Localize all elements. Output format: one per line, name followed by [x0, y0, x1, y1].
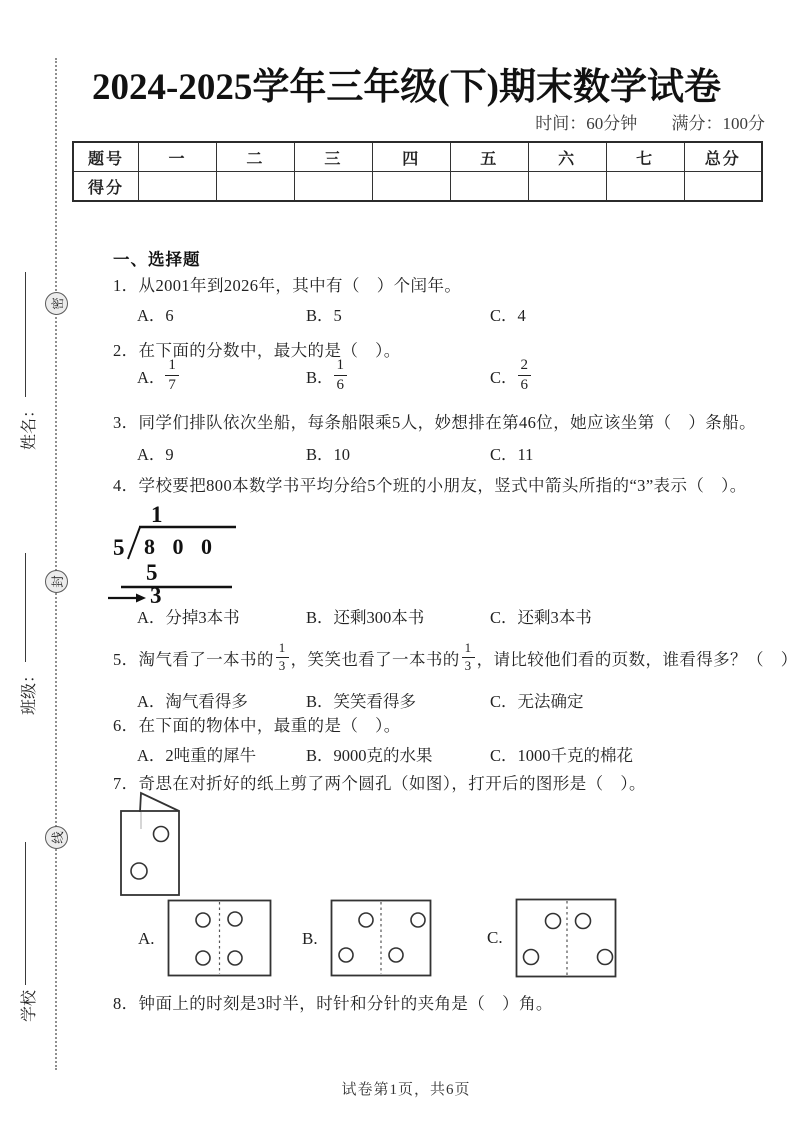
question-7-option-b-figure	[330, 899, 432, 977]
question-5-text-part: ，笑笑也看了一本书的	[291, 646, 460, 670]
folded-paper-flap	[140, 793, 179, 812]
fraction-denominator: 6	[521, 376, 529, 393]
question-5-option-c: C．无法确定	[490, 688, 584, 712]
fraction-1-6: 1 6	[334, 358, 348, 394]
question-4-option-c: C．还剩3本书	[490, 604, 592, 628]
score-table-column: 五	[450, 142, 528, 172]
fraction-1-3: 1 3	[276, 641, 289, 672]
folded-paper-figure	[113, 789, 185, 899]
seal-mark-xian-char: 线	[48, 831, 66, 844]
question-1-option-c: C．4	[490, 302, 526, 326]
score-table-column: 三	[294, 142, 372, 172]
question-3-options: A．9 B．10 C．11	[0, 441, 793, 463]
section-1-heading: 一、选择题	[113, 246, 201, 270]
student-school-field: 学校	[17, 842, 37, 1022]
score-cell	[684, 172, 762, 202]
score-table-column: 七	[606, 142, 684, 172]
student-school-label: 学校	[16, 990, 39, 1022]
fraction-denominator: 6	[337, 376, 345, 393]
option-letter: C．	[490, 364, 518, 388]
score-table-column: 总分	[684, 142, 762, 172]
folded-paper-body	[121, 811, 179, 895]
fraction-denominator: 7	[168, 376, 176, 393]
punched-hole	[598, 950, 613, 965]
question-6-option-b: B．9000克的水果	[306, 742, 433, 766]
exam-meta: 时间：60分钟 满分：100分	[380, 109, 765, 134]
punched-hole	[389, 948, 403, 962]
question-7-option-a-figure	[167, 899, 272, 977]
question-7-option-b-label: B.	[302, 929, 318, 949]
score-cell	[372, 172, 450, 202]
fraction-numerator: 1	[276, 641, 289, 657]
punched-hole	[576, 914, 591, 929]
punched-hole	[228, 951, 242, 965]
question-5-option-a: A．淘气看得多	[137, 688, 248, 712]
question-2-option-b: B． 1 6	[306, 358, 347, 394]
division-dividend: 8 0 0	[144, 534, 218, 559]
score-table-score-header: 得分	[73, 172, 139, 202]
division-quotient: 1	[151, 502, 163, 527]
question-6-options: A．2吨重的犀牛 B．9000克的水果 C．1000千克的棉花	[0, 742, 793, 764]
fraction-numerator: 1	[165, 358, 179, 376]
score-cell	[450, 172, 528, 202]
score-table: 题号 一 二 三 四 五 六 七 总分 得分	[72, 141, 763, 202]
division-bracket-slash	[128, 527, 140, 559]
question-7-option-c-label: C.	[487, 928, 503, 948]
question-3-option-c: C．11	[490, 441, 533, 465]
score-table-column: 六	[528, 142, 606, 172]
option-letter: A．	[137, 364, 165, 388]
fraction-numerator: 2	[518, 358, 532, 376]
question-4-option-a: A．分掉3本书	[137, 604, 240, 628]
score-cell	[606, 172, 684, 202]
seal-mark-feng: 封	[45, 570, 68, 593]
question-2-option-c: C． 2 6	[490, 358, 531, 394]
punched-hole	[339, 948, 353, 962]
score-cell	[528, 172, 606, 202]
question-4-text: 4．学校要把800本数学书平均分给5个班的小朋友，竖式中箭头所指的“3”表示（ …	[113, 472, 773, 496]
question-6-text: 6．在下面的物体中，最重的是（ ）。	[113, 712, 773, 736]
punched-hole	[524, 950, 539, 965]
punched-hole	[196, 951, 210, 965]
seal-mark-xian: 线	[45, 826, 68, 849]
fraction-numerator: 1	[334, 358, 348, 376]
fraction-numerator: 1	[462, 641, 475, 657]
question-2-option-a: A． 1 7	[137, 358, 179, 394]
seal-mark-feng-char: 封	[48, 575, 66, 588]
question-7-option-c-figure	[515, 898, 617, 978]
fraction-denominator: 3	[465, 658, 472, 673]
punched-hole	[154, 827, 169, 842]
question-3-option-a: A．9	[137, 441, 174, 465]
question-1-option-b: B．5	[306, 302, 342, 326]
student-school-blank-line	[25, 842, 26, 985]
question-4-option-b: B．还剩300本书	[306, 604, 424, 628]
punched-hole	[411, 913, 425, 927]
seal-dotted-line	[55, 58, 57, 1070]
punched-hole	[359, 913, 373, 927]
score-cell	[216, 172, 294, 202]
question-6-option-c: C．1000千克的棉花	[490, 742, 633, 766]
fraction-1-7: 1 7	[165, 358, 179, 394]
score-cell	[294, 172, 372, 202]
arrow-head-icon	[136, 594, 146, 603]
exam-full-score-label: 满分：100分	[672, 114, 766, 133]
score-table-question-row: 题号 一 二 三 四 五 六 七 总分	[73, 142, 762, 172]
question-7-text: 7．奇思在对折好的纸上剪了两个圆孔（如图），打开后的图形是（ ）。	[113, 770, 773, 794]
division-divisor: 5	[113, 535, 125, 560]
punched-hole	[131, 863, 147, 879]
page-footer: 试卷第1页，共6页	[56, 1078, 756, 1099]
punched-hole	[228, 912, 242, 926]
question-6-option-a: A．2吨重的犀牛	[137, 742, 256, 766]
question-3-option-b: B．10	[306, 441, 350, 465]
question-8-text: 8．钟面上的时刻是3时半，时针和分针的夹角是（ ）角。	[113, 990, 773, 1014]
question-3-text: 3．同学们排队依次坐船，每条船限乘5人，妙想排在第46位，她应该坐第（ ）条船。	[113, 409, 773, 433]
question-1-text: 1．从2001年到2026年，其中有（ ）个闰年。	[113, 272, 773, 296]
exam-title: 2024-2025学年三年级(下)期末数学试卷	[50, 56, 763, 110]
score-table-column: 四	[372, 142, 450, 172]
question-4-options: A．分掉3本书 B．还剩300本书 C．还剩3本书	[0, 604, 793, 626]
fraction-2-6: 2 6	[518, 358, 532, 394]
question-5-option-b: B．笑笑看得多	[306, 688, 416, 712]
score-table-score-row: 得分	[73, 172, 762, 202]
exam-page: 密 封 线 姓名： 班级： 学校 2024-2025学年三年级(下)期末数学试卷…	[0, 0, 793, 1122]
question-5-text: 5．淘气看了一本书的 1 3 ，笑笑也看了一本书的 1 3 ，请比较他们看的页数…	[113, 638, 773, 678]
question-5-options: A．淘气看得多 B．笑笑看得多 C．无法确定	[0, 688, 793, 710]
score-table-question-header: 题号	[73, 142, 139, 172]
fraction-1-3: 1 3	[462, 641, 475, 672]
question-1-options: A．6 B．5 C．4	[0, 302, 793, 324]
question-7-option-a-label: A.	[138, 929, 155, 949]
option-letter: B．	[306, 364, 334, 388]
question-5-text-part: 5．淘气看了一本书的	[113, 646, 274, 670]
question-2-options: A． 1 7 B． 1 6 C． 2 6	[0, 358, 793, 402]
division-subtrahend: 5	[146, 560, 158, 585]
fraction-denominator: 3	[279, 658, 286, 673]
question-1-option-a: A．6	[137, 302, 174, 326]
punched-hole	[546, 914, 561, 929]
score-table-column: 二	[216, 142, 294, 172]
score-cell	[139, 172, 217, 202]
exam-time-label: 时间：60分钟	[535, 114, 637, 133]
question-5-text-part: ，请比较他们看的页数，谁看得多？（ ）	[477, 646, 793, 670]
punched-hole	[196, 913, 210, 927]
score-table-column: 一	[139, 142, 217, 172]
long-division-figure: 1 5 8 0 0 5 3	[106, 500, 256, 604]
division-remainder: 3	[150, 583, 162, 604]
